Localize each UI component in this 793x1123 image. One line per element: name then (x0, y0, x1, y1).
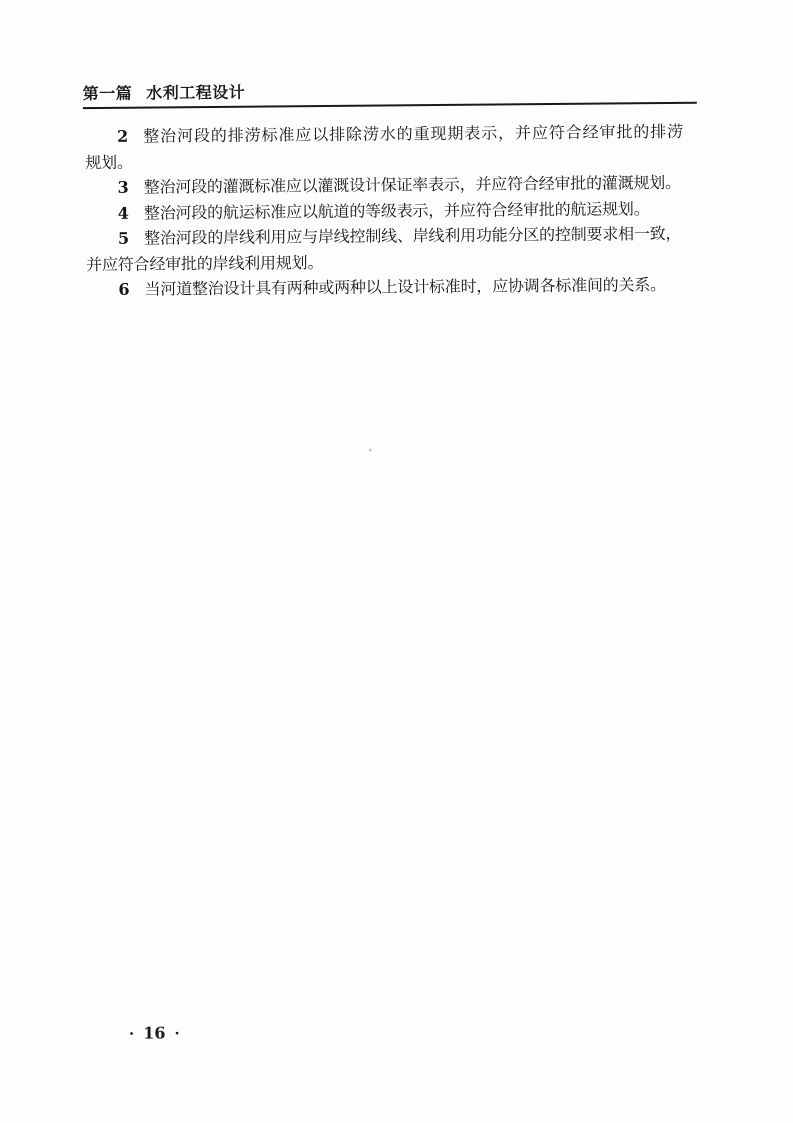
part-title: 水利工程设计 (146, 83, 245, 103)
clause-number: 4 (118, 200, 129, 226)
clause-text: 当河道整治设计具有两种或两种以上设计标准时，应协调各标准间的关系。 (144, 275, 666, 299)
clause-2-line-1: 2整治河段的排涝标准应以排除涝水的重现期表示，并应符合经审批的排涝 (85, 119, 707, 150)
footer-left-dot: · (129, 1025, 134, 1043)
clause-text: 整治河段的岸线利用应与岸线控制线、岸线利用功能分区的控制要求相一致， (144, 224, 681, 248)
scan-speck-artifact (369, 449, 372, 452)
clause-text: 整治河段的排涝标准应以排除涝水的重现期表示，并应符合经审批的排涝 (143, 122, 684, 146)
header-rule (83, 102, 697, 109)
page-number: 16 (143, 1023, 165, 1042)
clause-number: 6 (118, 277, 129, 303)
clause-number: 5 (118, 226, 129, 252)
part-label: 第一篇 (83, 84, 133, 103)
footer-right-dot: · (174, 1024, 179, 1042)
clause-number: 2 (117, 124, 128, 150)
printed-area: 第一篇水利工程设计 2整治河段的排涝标准应以排除涝水的重现期表示，并应符合经审批… (0, 0, 793, 1123)
page-footer: ·16· (129, 1023, 180, 1043)
scanned-book-page: 第一篇水利工程设计 2整治河段的排涝标准应以排除涝水的重现期表示，并应符合经审批… (0, 0, 793, 1123)
clause-text-continuation: 规划。 (85, 152, 133, 171)
clause-number: 3 (117, 175, 128, 201)
clause-5-line-1: 5整治河段的岸线利用应与岸线控制线、岸线利用功能分区的控制要求相一致， (86, 221, 708, 252)
clause-text: 整治河段的灌溉标准应以灌溉设计保证率表示，并应符合经审批的灌溉规划。 (144, 173, 681, 197)
clause-6-line-1: 6当河道整治设计具有两种或两种以上设计标准时，应协调各标准间的关系。 (86, 272, 708, 303)
body-text-block: 2整治河段的排涝标准应以排除涝水的重现期表示，并应符合经审批的排涝 规划。 3整… (85, 119, 709, 303)
running-header: 第一篇水利工程设计 (83, 84, 246, 103)
clause-text-continuation: 并应符合经审批的岸线利用规划。 (86, 253, 323, 274)
clause-text: 整治河段的航运标准应以航道的等级表示，并应符合经审批的航运规划。 (144, 199, 650, 222)
